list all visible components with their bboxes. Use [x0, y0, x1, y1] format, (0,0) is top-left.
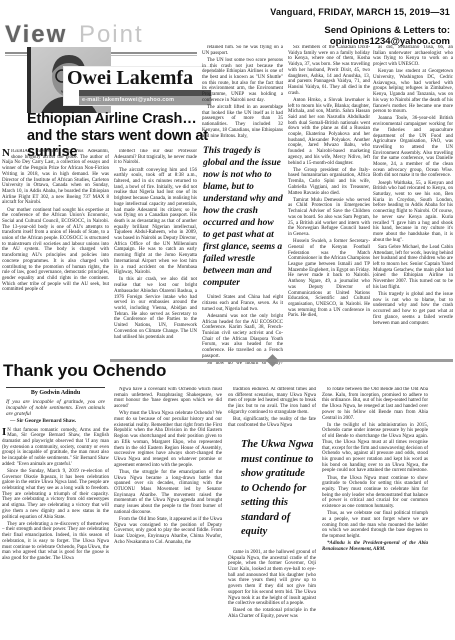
- paragraph: Why must the Ukwa Ngwa celebrate Ochendo…: [114, 411, 222, 468]
- paragraph: In the twilight of his administration in…: [322, 423, 428, 474]
- paragraph: The Group president of the Italy-based h…: [288, 168, 370, 197]
- article1-column-1-rest: Our mother continent had sought his expe…: [2, 208, 109, 294]
- article2-epigraph-attribution: — Sir George Bernard Shaw.: [10, 418, 105, 424]
- paragraph: Kenyan law student at Georgetown Univers…: [373, 69, 453, 115]
- article2-column-1-rest: Since the Sunday, March 9, 2019 re-elect…: [2, 469, 109, 562]
- paragraph: Joanna Toole, 36-year-old British enviro…: [373, 116, 453, 179]
- send-opinions-note: Send Opinions & Letters to: opinions1234…: [324, 25, 450, 47]
- article2-column-1: By Godwin Adindu If you are incapable of…: [2, 387, 109, 635]
- paragraph: retained him. So he was flying on a UN p…: [202, 45, 283, 56]
- paragraph: United States and China had eight citize…: [202, 295, 283, 312]
- paragraph: This tragedy is global and the issue now…: [373, 292, 453, 326]
- paragraph: From the Old Imo State, it appeared as i…: [114, 517, 222, 546]
- article1-column-3-top: retained him. So he was flying on a UN p…: [202, 45, 283, 139]
- paragraph: Hussein Swaleh, a former Secretary-Gener…: [288, 239, 370, 319]
- viewpoint-logo-view: View: [5, 21, 67, 48]
- paragraph: Six members of the Canadian Dixit-Vaidya…: [288, 45, 370, 96]
- drop-cap: N: [2, 149, 11, 159]
- paragraph: The aircraft conveying him and 156 earth…: [114, 168, 197, 276]
- article2-byline: By Godwin Adindu: [6, 388, 105, 397]
- paragraph: Based on the rotational principle in the…: [228, 608, 316, 619]
- author-nameplate: Owei Lakemfa e-mail: lakemfaowei@yahoo.c…: [64, 67, 211, 105]
- paragraph: The aircraft lifted in an assemblage tha…: [202, 105, 283, 139]
- paragraph: Adesanmi was not the only bright African…: [202, 314, 283, 360]
- author-name: Owei Lakemfa: [64, 67, 211, 90]
- article2-column-3-top: tradition endured. At different times an…: [228, 387, 316, 428]
- paragraph-text: IGERIAN intellectual star, Pius Adesanmi…: [2, 149, 109, 205]
- masthead: Vanguard, FRIDAY, MARCH 15, 2019—31: [270, 7, 450, 17]
- paragraph: came in 2001, at the hallowed ground of …: [228, 550, 316, 607]
- article1-column-4: Six members of the Canadian Dixit-Vaidya…: [288, 45, 370, 366]
- article2-column-3-bottom: came in 2001, at the hallowed ground of …: [228, 550, 316, 620]
- paragraph: NIGERIAN intellectual star, Pius Adesanm…: [2, 149, 109, 206]
- paragraph: Sara Gebre Michael, the Lead Cabin Atten…: [373, 245, 453, 291]
- article2-column-4: to rotate between the Old Bende and the …: [322, 387, 428, 635]
- paragraph: But, significantly, the reality of the f…: [228, 417, 316, 428]
- paragraph-text: N that famous romantic comedy, Arms and …: [2, 428, 109, 467]
- paragraph: In this air crash, we also did not reali…: [114, 277, 197, 340]
- paragraph: Anton Hrnko, a Slovak lawmaker is left t…: [288, 98, 370, 166]
- paragraph: Thus, as we celebrate our final politica…: [322, 511, 428, 540]
- article1-column-5: as did, Sebastiano Tusa, 66, an Italian …: [373, 45, 453, 366]
- article1-column-2: intellect like our dear Professor Adesan…: [114, 149, 197, 365]
- paragraph: The UN lost some two score persons in th…: [202, 58, 283, 104]
- article1-column-3: retained him. So he was flying on a UN p…: [202, 45, 283, 366]
- paragraph: as did, Sebastiano Tusa, 66, an Italian …: [373, 45, 453, 68]
- paragraph: intellect like our dear Professor Adesan…: [114, 149, 197, 166]
- paragraph: Joseph Waithaka, 55, a Kenyan and Britis…: [373, 181, 453, 244]
- article2-column-3: tradition endured. At different times an…: [228, 387, 316, 635]
- paragraph: Our mother continent had sought his expe…: [2, 208, 109, 294]
- paragraph: They are celebrating a re-discovery of t…: [2, 522, 109, 562]
- paragraph: Thus, the Ukwa Ngwa must continue to sho…: [322, 476, 428, 510]
- paragraph: to rotate between the Old Bende and the …: [322, 387, 428, 421]
- article2-author-credit: *Adindu is the President-general of the …: [322, 541, 428, 552]
- paragraph: Thus, the struggle for the emancipation …: [114, 470, 222, 516]
- article1-pull-quote: This tragedy is global and the issue now…: [203, 145, 283, 289]
- article2-pull-quote: The Ukwa Ngwa must continue to show grat…: [241, 438, 315, 540]
- paragraph: IN that famous romantic comedy, Arms and…: [2, 428, 109, 468]
- article1-column-1: NIGERIAN intellectual star, Pius Adesanm…: [2, 149, 109, 365]
- paragraph: Since the Sunday, March 9, 2019 re-elect…: [2, 469, 109, 520]
- article2-headline: Thank you Ochendo: [3, 361, 243, 381]
- paragraph: Tamirat Mulu Demessie who served as Chil…: [288, 198, 370, 238]
- byline-block: By Godwin Adindu If you are incapable of…: [6, 387, 105, 424]
- author-email: e-mail: lakemfaowei@yahoo.com: [79, 96, 211, 105]
- paragraph: tradition endured. At different times an…: [228, 387, 316, 416]
- article2-column-4-body: to rotate between the Old Bende and the …: [322, 387, 428, 540]
- article2-epigraph: If you are incapable of gratitude, you a…: [6, 399, 105, 417]
- newspaper-page: Vanguard, FRIDAY, MARCH 15, 2019—31 View…: [0, 0, 455, 640]
- send-opinions-line1: Send Opinions & Letters to:: [324, 25, 450, 36]
- paragraph: Ngwa have a covenant with Ochendo which …: [114, 387, 222, 410]
- viewpoint-logo-point: Point: [79, 21, 144, 48]
- article2-column-2: Ngwa have a covenant with Ochendo which …: [114, 387, 222, 635]
